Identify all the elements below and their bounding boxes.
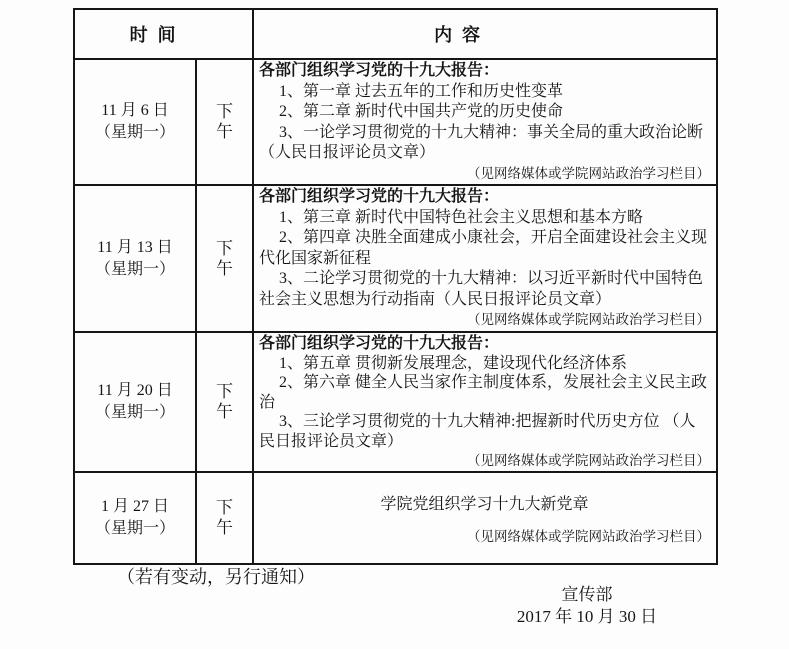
weekday-text: （星期一） — [75, 402, 195, 424]
date-text: 1 月 27 日 — [75, 496, 195, 518]
scanned-document-page: 时间 内容 11 月 6 日 （星期一） 下 午 各部门组织学习党的十九大报告：… — [0, 0, 789, 649]
signature-department: 宣传部 — [459, 584, 715, 606]
content-item: 2、第二章 新时代中国共产党的历史使命 — [259, 102, 710, 123]
date-text: 11 月 20 日 — [75, 380, 195, 402]
content-title: 各部门组织学习党的十九大报告： — [259, 334, 710, 354]
period-cell: 下 午 — [196, 472, 253, 564]
time-column-header: 时间 — [74, 9, 253, 59]
date-text: 11 月 13 日 — [75, 237, 195, 259]
period-cell: 下 午 — [196, 59, 253, 185]
date-text: 11 月 6 日 — [75, 100, 195, 122]
content-title: 各部门组织学习党的十九大报告： — [259, 187, 710, 208]
content-item: 1、第一章 过去五年的工作和历史性变革 — [259, 82, 710, 103]
date-cell: 11 月 20 日 （星期一） — [74, 332, 196, 472]
period-cell: 下 午 — [196, 332, 253, 472]
content-note: （见网络媒体或学院网站政治学习栏目） — [259, 451, 710, 471]
period-text: 下 — [197, 382, 252, 402]
date-cell: 1 月 27 日 （星期一） — [74, 472, 196, 564]
period-text: 午 — [197, 122, 252, 142]
table-header-row: 时间 内容 — [74, 9, 717, 59]
content-center-text: 学院党组织学习十九大新党章 — [259, 494, 710, 515]
period-cell: 下 午 — [196, 185, 253, 332]
content-item: 3、一论学习贯彻党的十九大精神：事关全局的重大政治论断（人民日报评论员文章） — [259, 123, 710, 164]
table-row: 11 月 20 日 （星期一） 下 午 各部门组织学习党的十九大报告： 1、第五… — [74, 332, 717, 472]
study-schedule-table: 时间 内容 11 月 6 日 （星期一） 下 午 各部门组织学习党的十九大报告：… — [73, 8, 718, 565]
signature-block: 宣传部 2017 年 10 月 30 日 — [459, 584, 715, 628]
content-item: 3、三论学习贯彻党的十九大精神:把握新时代历史方位 （人民日报评论员文章） — [259, 412, 710, 451]
content-cell: 各部门组织学习党的十九大报告： 1、第三章 新时代中国特色社会主义思想和基本方略… — [253, 185, 717, 332]
period-text: 午 — [197, 259, 252, 279]
content-item: 1、第五章 贯彻新发展理念，建设现代化经济体系 — [259, 354, 710, 374]
period-text: 午 — [197, 402, 252, 422]
content-column-header: 内容 — [253, 9, 717, 59]
period-text: 下 — [197, 102, 252, 122]
period-text: 下 — [197, 239, 252, 259]
change-notice-footnote: （若有变动，另行通知） — [117, 566, 315, 588]
content-title: 各部门组织学习党的十九大报告： — [259, 61, 710, 82]
date-cell: 11 月 6 日 （星期一） — [74, 59, 196, 185]
content-item: 2、第四章 决胜全面建成小康社会，开启全面建设社会主义现代化国家新征程 — [259, 228, 710, 269]
content-note: （见网络媒体或学院网站政治学习栏目） — [259, 164, 710, 185]
content-note: （见网络媒体或学院网站政治学习栏目） — [259, 310, 710, 331]
content-item: 3、二论学习贯彻党的十九大精神：以习近平新时代中国特色社会主义思想为行动指南（人… — [259, 269, 710, 310]
content-cell: 各部门组织学习党的十九大报告： 1、第一章 过去五年的工作和历史性变革 2、第二… — [253, 59, 717, 185]
content-item: 1、第三章 新时代中国特色社会主义思想和基本方略 — [259, 208, 710, 229]
table-row: 1 月 27 日 （星期一） 下 午 学院党组织学习十九大新党章 （见网络媒体或… — [74, 472, 717, 564]
content-note: （见网络媒体或学院网站政治学习栏目） — [259, 527, 710, 548]
content-cell: 各部门组织学习党的十九大报告： 1、第五章 贯彻新发展理念，建设现代化经济体系 … — [253, 332, 717, 472]
period-text: 下 — [197, 498, 252, 518]
content-cell: 学院党组织学习十九大新党章 （见网络媒体或学院网站政治学习栏目） — [253, 472, 717, 564]
weekday-text: （星期一） — [75, 122, 195, 144]
weekday-text: （星期一） — [75, 259, 195, 281]
content-item: 2、第六章 健全人民当家作主制度体系，发展社会主义民主政治 — [259, 373, 710, 412]
signature-date: 2017 年 10 月 30 日 — [459, 606, 715, 628]
period-text: 午 — [197, 518, 252, 538]
date-cell: 11 月 13 日 （星期一） — [74, 185, 196, 332]
table-row: 11 月 13 日 （星期一） 下 午 各部门组织学习党的十九大报告： 1、第三… — [74, 185, 717, 332]
table-row: 11 月 6 日 （星期一） 下 午 各部门组织学习党的十九大报告： 1、第一章… — [74, 59, 717, 185]
weekday-text: （星期一） — [75, 518, 195, 540]
